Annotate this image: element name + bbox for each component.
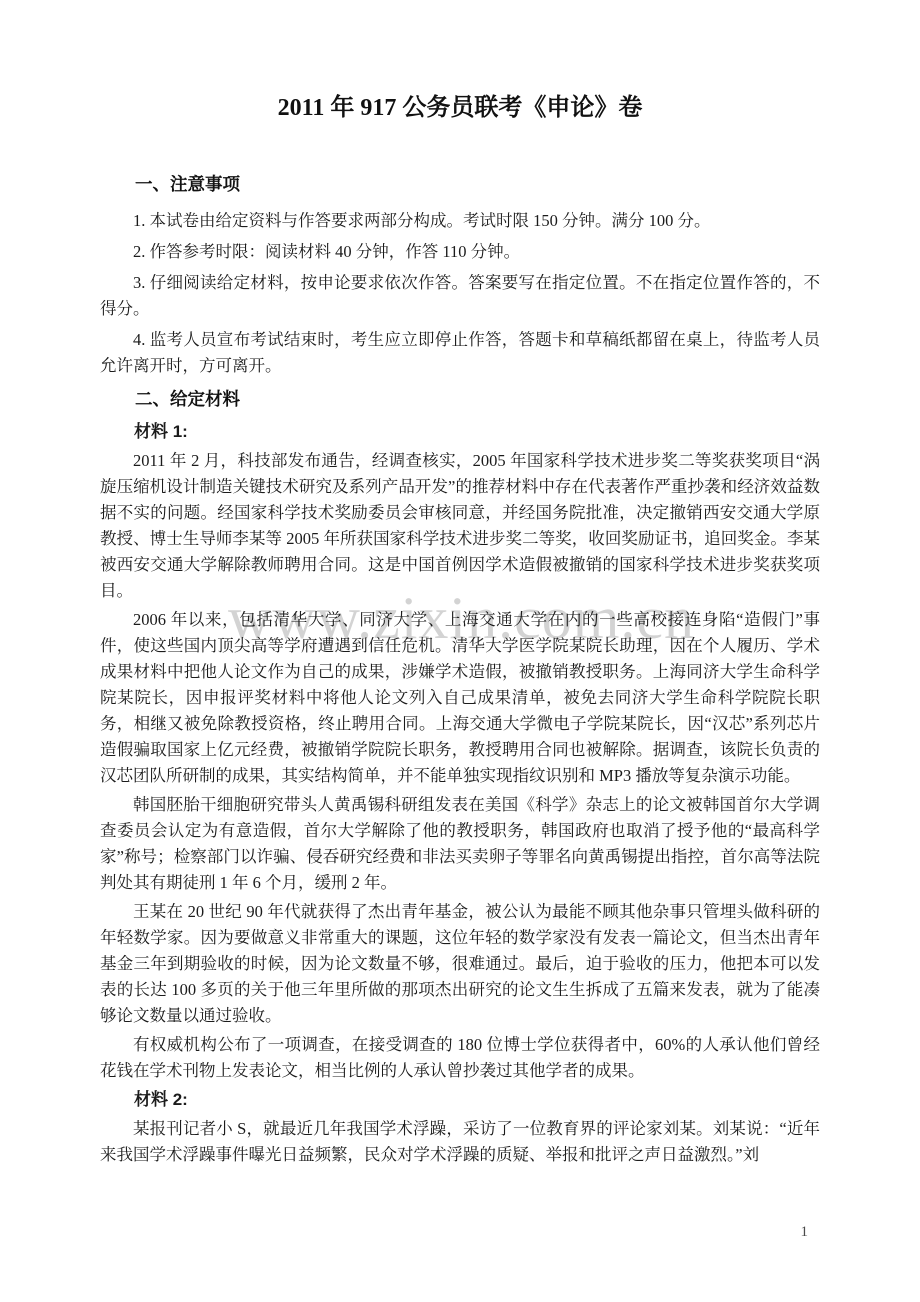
material-1-paragraph-3: 韩国胚胎干细胞研究带头人黄禹锡科研组发表在美国《科学》杂志上的论文被韩国首尔大学…: [100, 792, 820, 896]
material-1-paragraph-4: 王某在 20 世纪 90 年代就获得了杰出青年基金，被公认为最能不顾其他杂事只管…: [100, 899, 820, 1029]
notice-item-2: 2. 作答参考时限：阅读材料 40 分钟，作答 110 分钟。: [100, 239, 820, 265]
material-2-paragraph-1: 某报刊记者小 S，就最近几年我国学术浮躁，采访了一位教育界的评论家刘某。刘某说：…: [100, 1116, 820, 1168]
document-page: 2011 年 917 公务员联考《申论》卷 一、注意事项 1. 本试卷由给定资料…: [0, 0, 920, 1168]
notice-item-3: 3. 仔细阅读给定材料，按申论要求依次作答。答案要写在指定位置。不在指定位置作答…: [100, 270, 820, 322]
material-1-paragraph-5: 有权威机构公布了一项调查，在接受调查的 180 位博士学位获得者中，60%的人承…: [100, 1032, 820, 1084]
section-materials-heading: 二、给定材料: [100, 387, 820, 411]
section-notice-heading: 一、注意事项: [100, 172, 820, 196]
notice-item-4: 4. 监考人员宣布考试结束时，考生应立即停止作答，答题卡和草稿纸都留在桌上，待监…: [100, 327, 820, 379]
material-2-label: 材料 2:: [100, 1087, 820, 1113]
material-1-label: 材料 1:: [100, 419, 820, 445]
page-title: 2011 年 917 公务员联考《申论》卷: [100, 92, 820, 124]
material-1-paragraph-2: 2006 年以来，包括清华大学、同济大学、上海交通大学在内的一些高校接连身陷“造…: [100, 607, 820, 789]
material-1-paragraph-1: 2011 年 2 月，科技部发布通告，经调查核实，2005 年国家科学技术进步奖…: [100, 448, 820, 604]
notice-item-1: 1. 本试卷由给定资料与作答要求两部分构成。考试时限 150 分钟。满分 100…: [100, 208, 820, 234]
page-number: 1: [801, 1222, 809, 1242]
